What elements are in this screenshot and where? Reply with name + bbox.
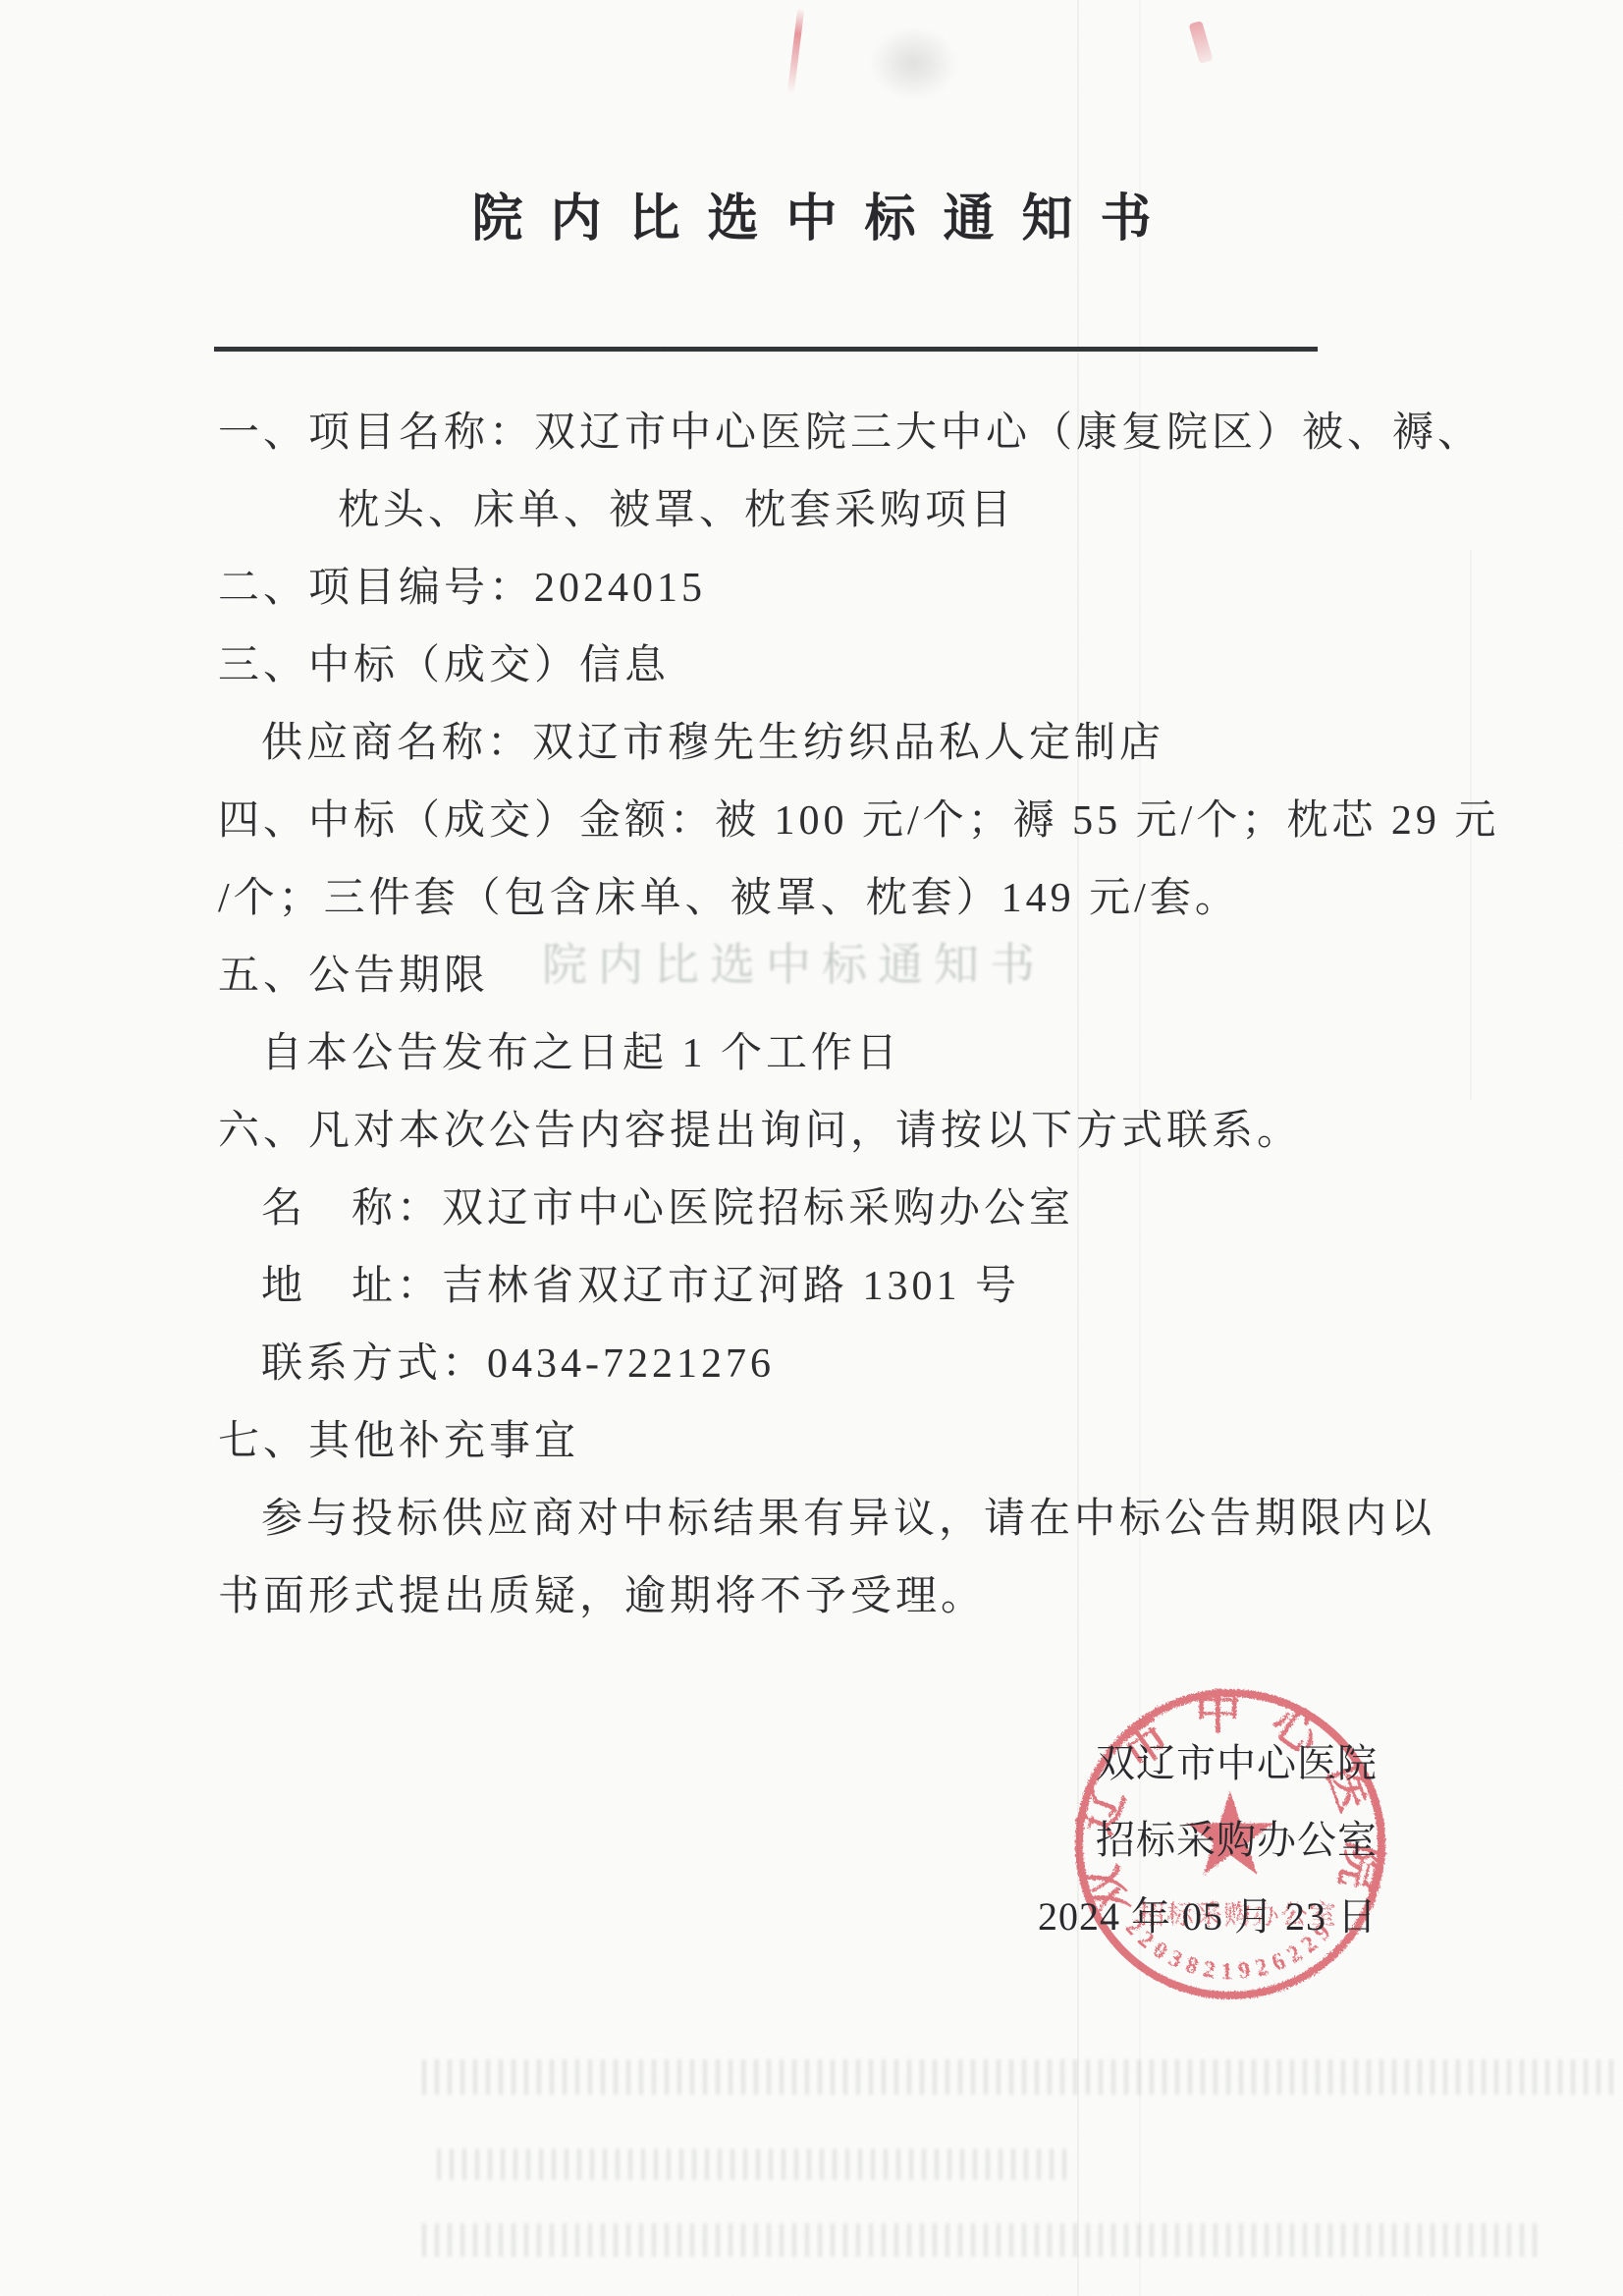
document-body: 一、项目名称：双辽市中心医院三大中心（康复院区）被、褥、 枕头、床单、被罩、枕套… xyxy=(218,395,1455,1636)
doc-line: 名 称：双辽市中心医院招标采购办公室 xyxy=(218,1171,1455,1248)
red-ink-speck xyxy=(1188,21,1213,64)
scan-smudge xyxy=(852,12,975,115)
doc-line: 书面形式提出质疑，逾期将不予受理。 xyxy=(218,1558,1455,1636)
doc-line: 联系方式：0434-7221276 xyxy=(218,1326,1455,1403)
doc-line: 供应商名称：双辽市穆先生纺织品私人定制店 xyxy=(218,705,1455,783)
doc-line: 参与投标供应商对中标结果有异议，请在中标公告期限内以 xyxy=(218,1481,1455,1558)
doc-line: /个；三件套（包含床单、被罩、枕套）149 元/套。 xyxy=(218,860,1455,938)
scanned-document-page: 院内比选中标通知书 院内比选中标通知书 一、项目名称：双辽市中心医院三大中心（康… xyxy=(0,0,1623,2296)
bleed-through-band xyxy=(422,2059,1620,2095)
document-title: 院内比选中标通知书 xyxy=(0,177,1623,250)
doc-line: 枕头、床单、被罩、枕套采购项目 xyxy=(218,472,1455,550)
doc-line: 地 址：吉林省双辽市辽河路 1301 号 xyxy=(218,1248,1455,1326)
signature-org-line: 双辽市中心医院 xyxy=(1038,1725,1378,1802)
doc-line: 七、其他补充事宜 xyxy=(218,1403,1455,1481)
doc-line: 五、公告期限 xyxy=(218,938,1455,1015)
doc-line: 三、中标（成交）信息 xyxy=(218,628,1455,705)
signature-org-line: 招标采购办公室 xyxy=(1038,1802,1378,1879)
doc-line: 一、项目名称：双辽市中心医院三大中心（康复院区）被、褥、 xyxy=(218,395,1455,472)
bleed-through-band xyxy=(437,2149,1075,2180)
bleed-through-band xyxy=(422,2223,1542,2257)
signature-block: 双辽市中心医院 招标采购办公室 2024 年 05 月 23 日 xyxy=(1038,1725,1378,1955)
red-ink-speck xyxy=(787,8,805,94)
doc-line: 自本公告发布之日起 1 个工作日 xyxy=(218,1015,1455,1093)
doc-line: 四、中标（成交）金额：被 100 元/个；褥 55 元/个；枕芯 29 元 xyxy=(218,783,1455,860)
doc-line: 六、凡对本次公告内容提出询问，请按以下方式联系。 xyxy=(218,1093,1455,1171)
title-underline xyxy=(214,347,1318,352)
signature-date: 2024 年 05 月 23 日 xyxy=(1038,1879,1378,1955)
doc-line: 二、项目编号：2024015 xyxy=(218,550,1455,628)
